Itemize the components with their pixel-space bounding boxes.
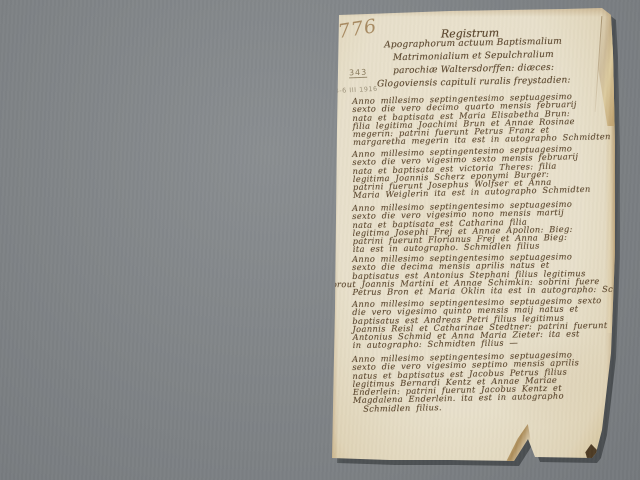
baptism-entry-2: Anno millesimo septingentesimo septuages… [352,143,609,199]
baptism-entry-3: Anno millesimo septingentesimo septuages… [352,199,609,254]
manuscript-page: 776 343 13-6 III 1916 Registrum Apograph… [330,8,616,472]
baptism-entry-1: Anno millesimo septingentesimo septuages… [352,91,609,147]
baptism-entry-4: Anno millesimo septingentesimo septuages… [352,252,608,297]
manuscript-line: in autographo: Schmidten filius — [353,337,609,349]
baptism-entry-6: Anno millesimo septingentesimo septuages… [352,350,609,413]
register-header: Apographorum actuum Baptismalium Matrimo… [354,35,593,92]
photo-backdrop: 776 343 13-6 III 1916 Registrum Apograph… [0,0,640,480]
baptism-entry-5: Anno millesimo septingentesimo septuages… [352,296,609,350]
